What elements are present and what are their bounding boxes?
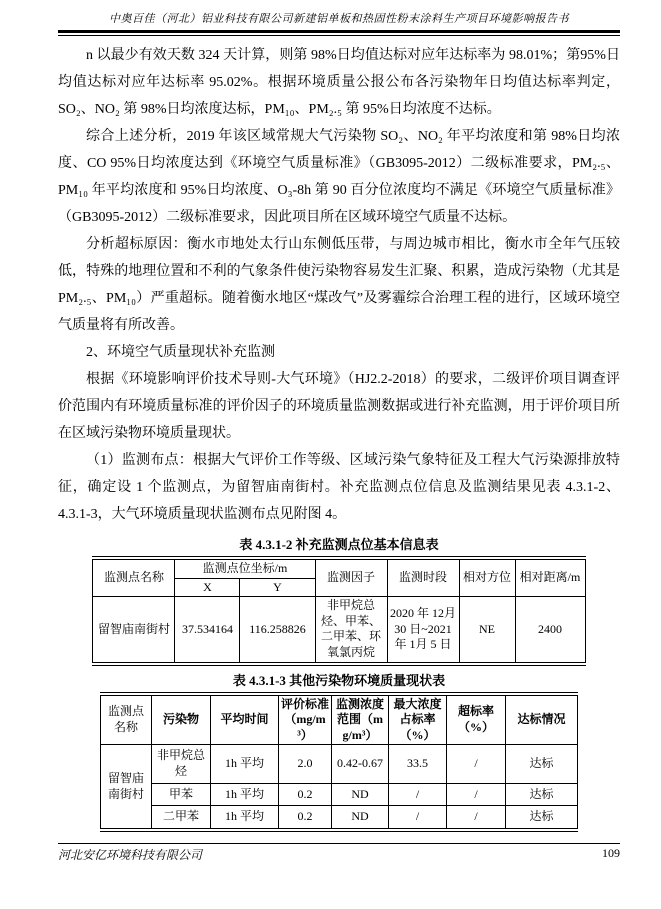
col-header-max-ratio: 最大浓度占标率（%）: [389, 694, 447, 745]
col-header-point-name: 监测点名称: [101, 694, 152, 745]
cell-distance: 2400: [515, 597, 585, 664]
cell-compliance: 达标: [506, 806, 578, 830]
col-header-standard: 评价标准（mg/m³）: [279, 694, 332, 745]
cell-pollutant: 二甲苯: [152, 806, 211, 830]
table-row: 二甲苯 1h 平均 0.2 ND / / 达标: [101, 806, 578, 830]
col-header-distance: 相对距离/m: [515, 558, 585, 597]
page-number: 109: [602, 846, 620, 861]
other-pollutants-table: 监测点名称 污染物 平均时间 评价标准（mg/m³） 监测浓度范围（mg/m³）…: [100, 692, 578, 832]
cell-period: 2020 年 12月 30 日~2021 年 1月 5 日: [387, 597, 459, 664]
table-row: 甲苯 1h 平均 0.2 ND / / 达标: [101, 783, 578, 806]
paragraph: （1）监测布点：根据大气评价工作等级、区域污染气象特征及工程大气污染源排放特征，…: [58, 447, 620, 528]
footer-company-name: 河北安亿环境科技有限公司: [58, 846, 202, 863]
cell-x: 37.534164: [175, 597, 240, 664]
cell-exceed-rate: /: [447, 783, 506, 806]
col-header-direction: 相对方位: [459, 558, 515, 597]
cell-factor: 非甲烷总烃、甲苯、二甲苯、环氧氯丙烷: [315, 597, 387, 664]
cell-conc-range: ND: [332, 783, 389, 806]
page-footer: 河北安亿环境科技有限公司 109: [58, 843, 620, 863]
table-row: 留智庙南街村 37.534164 116.258826 非甲烷总烃、甲苯、二甲苯…: [93, 597, 585, 664]
col-header-conc-range: 监测浓度范围（mg/m³）: [332, 694, 389, 745]
cell-standard: 2.0: [279, 745, 332, 783]
cell-direction: NE: [459, 597, 515, 664]
col-header-factor: 监测因子: [315, 558, 387, 597]
paragraph: n 以最少有效天数 324 天计算，则第 98%日均值达标对应年达标率为 98.…: [58, 42, 620, 123]
paragraph: 综合上述分析，2019 年该区域常规大气污染物 SO₂、NO₂ 年平均浓度和第 …: [58, 123, 620, 231]
cell-standard: 0.2: [279, 806, 332, 830]
cell-compliance: 达标: [506, 745, 578, 783]
col-header-exceed-rate: 超标率（%）: [447, 694, 506, 745]
cell-conc-range: 0.42-0.67: [332, 745, 389, 783]
cell-avg-time: 1h 平均: [211, 806, 279, 830]
col-header-point-name: 监测点名称: [93, 558, 175, 597]
cell-point-name: 留智庙南街村: [101, 745, 152, 830]
cell-pollutant: 甲苯: [152, 783, 211, 806]
paragraph: 分析超标原因：衡水市地处太行山东侧低压带，与周边城市相比，衡水市全年气压较低，特…: [58, 231, 620, 339]
col-header-x: X: [175, 578, 240, 597]
cell-conc-range: ND: [332, 806, 389, 830]
table-header-row: 监测点名称 监测点位坐标/m 监测因子 监测时段 相对方位 相对距离/m: [93, 558, 585, 578]
page-header-title: 中奥百佳（河北）铝业科技有限公司新建铝单板和热固性粉末涂料生产项目环境影响报告书: [58, 10, 620, 26]
cell-y: 116.258826: [240, 597, 315, 664]
col-header-pollutant: 污染物: [152, 694, 211, 745]
cell-avg-time: 1h 平均: [211, 783, 279, 806]
cell-point-name: 留智庙南街村: [93, 597, 175, 664]
table-header-row: 监测点名称 污染物 平均时间 评价标准（mg/m³） 监测浓度范围（mg/m³）…: [101, 694, 578, 745]
page-content: 中奥百佳（河北）铝业科技有限公司新建铝单板和热固性粉末涂料生产项目环境影响报告书…: [0, 0, 661, 832]
report-page: 中奥百佳（河北）铝业科技有限公司新建铝单板和热固性粉末涂料生产项目环境影响报告书…: [0, 0, 661, 909]
cell-max-ratio: 33.5: [389, 745, 447, 783]
section-heading: 2、环境空气质量现状补充监测: [58, 339, 620, 366]
header-rule: [58, 30, 620, 36]
cell-compliance: 达标: [506, 783, 578, 806]
cell-max-ratio: /: [389, 783, 447, 806]
cell-standard: 0.2: [279, 783, 332, 806]
table1-title: 表 4.3.1-2 补充监测点位基本信息表: [58, 534, 620, 553]
table2-title: 表 4.3.1-3 其他污染物环境质量现状表: [58, 670, 620, 689]
cell-avg-time: 1h 平均: [211, 745, 279, 783]
cell-exceed-rate: /: [447, 806, 506, 830]
paragraph: 根据《环境影响评价技术导则-大气环境》（HJ2.2-2018）的要求，二级评价项…: [58, 366, 620, 447]
cell-max-ratio: /: [389, 806, 447, 830]
col-header-avg-time: 平均时间: [211, 694, 279, 745]
cell-pollutant: 非甲烷总烃: [152, 745, 211, 783]
col-header-compliance: 达标情况: [506, 694, 578, 745]
cell-exceed-rate: /: [447, 745, 506, 783]
monitoring-point-info-table: 监测点名称 监测点位坐标/m 监测因子 监测时段 相对方位 相对距离/m X Y…: [92, 556, 585, 666]
col-header-y: Y: [240, 578, 315, 597]
table-row: 留智庙南街村 非甲烷总烃 1h 平均 2.0 0.42-0.67 33.5 / …: [101, 745, 578, 783]
body-text: n 以最少有效天数 324 天计算，则第 98%日均值达标对应年达标率为 98.…: [58, 42, 620, 530]
col-header-period: 监测时段: [387, 558, 459, 597]
col-header-coords: 监测点位坐标/m: [175, 558, 315, 578]
